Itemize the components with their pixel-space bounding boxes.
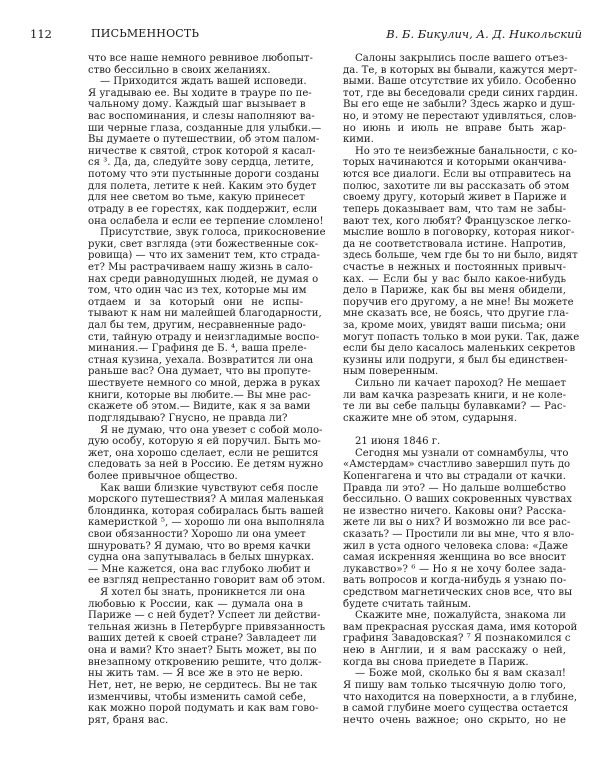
text-line: но июнь и июль не вправе быть жар- [343, 123, 566, 135]
text-line: Я не думаю, что она увезет с собой моло- [88, 425, 303, 437]
text-line: кузины или подруги, я был бы единствен- [343, 355, 566, 367]
text-line: судна она запутывалась в белых шнурках. [88, 552, 303, 564]
text-line: Я угадываю ее. Вы ходите в трауре по пе- [88, 88, 303, 100]
text-line: те ли вы себе пальцы булавками? — Рас- [343, 401, 566, 413]
text-line: — Мне кажется, она вас глубоко любит и [88, 564, 303, 576]
text-line: когда вы снова приедете в Париж. [343, 657, 566, 669]
text-line: ным поверенным. [343, 366, 566, 378]
text-line: руки, свет взгляда (эти божественные сок… [88, 239, 303, 251]
text-line: для нее светом во тьме, какую принесет [88, 192, 303, 204]
text-line: книги, которые вы любите.— Вы мне рас- [88, 390, 303, 402]
text-line: минания.— Графиня де Б. ⁴, ваша преле- [88, 343, 303, 355]
text-line: внезапному откровению решите, что долж- [88, 657, 303, 669]
text-line: теперь доказывает вам, что там не забы- [343, 204, 566, 216]
text-line: нечто очень важное; оно скрыто, но не [343, 715, 566, 727]
text-line: «Амстердам» счастливо завершил путь до [343, 459, 566, 471]
text-line: Скажите мне, пожалуйста, знакома ли [343, 610, 566, 622]
text-line: за, кроме моих, увидят ваши письма; они [343, 320, 566, 332]
text-line: поручив его другому, а не мне! Вы можете [343, 297, 566, 309]
text-line: ся ³. Да, да, следуйте зову сердца, лети… [88, 157, 303, 169]
text-line: средством магнетических снов все, что вы [343, 587, 566, 599]
text-line: отраду в ее горестях, как поддержит, есл… [88, 204, 303, 216]
text-line: изменчивы, чтобы изменить самой себе, [88, 692, 303, 704]
text-line: но, и этому не перестают удивляться, сло… [343, 111, 566, 123]
text-line: если бы дело касалось маленьких секретов [343, 343, 566, 355]
text-line: шнуровать? Я думаю, что во время качки [88, 541, 303, 553]
text-line: ничестве к святой, строк которой я касал… [88, 146, 303, 158]
text-line: в самой глубине моего существа остается [343, 703, 566, 715]
text-line: лукавство»? ⁶ — Но я не хочу более зада- [343, 564, 566, 576]
text-line: чальному дому. Каждый шаг вызывает в [88, 99, 303, 111]
text-line: блондинка, которая собиралась быть вашей [88, 506, 303, 518]
text-line: жил в уста одного человека слова: «Даже [343, 541, 566, 553]
text-line: вам прекрасная русская дама, имя которой [343, 622, 566, 634]
text-line: любовью к России, как — думала она в [88, 599, 303, 611]
text-line: следовать за ней в Россию. Ее детям нужн… [88, 459, 303, 471]
text-line: вают тех, кого любят? Французское легко- [343, 216, 566, 228]
text-line: тельная жизнь в Петербурге привязанность [88, 622, 303, 634]
text-line: Правда ли это? — Но дальше волшебство [343, 483, 566, 495]
text-line: Салоны закрылись после вашего отъез- [343, 53, 566, 65]
text-line: выми. Ваше отсутствие их убило. Особенно [343, 76, 566, 88]
left-column: что все наше немного ревнивое любопыт-ст… [88, 53, 303, 726]
text-line: Нет, нет, не верю, не сердитесь. Вы не т… [88, 680, 303, 692]
text-line: нах среди равнодушных людей, не думая о [88, 274, 303, 286]
text-line: отдаем и за который они не испы- [88, 297, 303, 309]
text-line: Вы его еще не забыли? Здесь жарко и душ- [343, 99, 566, 111]
text-line: — Боже мой, сколько бы я вам сказал! [343, 668, 566, 680]
text-line: камеристкой ⁵, — хорошо ли она выполняла [88, 517, 303, 529]
text-line: для полета, летите к ней. Каким это буде… [88, 181, 303, 193]
text-line: она ослабела и если ее терпение сломлено… [88, 216, 303, 228]
text-line: ее взгляд непрестанно говорит вам об это… [88, 575, 303, 587]
text-line: ство бессильно в своих желаниях. [88, 65, 303, 77]
text-line: тывают к нам ни малейшей благодарности, [88, 308, 303, 320]
text-line: более привычное общество. [88, 471, 303, 483]
text-line: том, что один час из тех, которые мы им [88, 285, 303, 297]
text-line: сказать? — Простили ли вы мне, что я вло… [343, 529, 566, 541]
text-line: как можно порой подумать и как вам гово- [88, 703, 303, 715]
text-line: раньше вас? Она думает, что вы пропуте- [88, 366, 303, 378]
text-line: бессильно. О ваших сокровенных чувствах [343, 494, 566, 506]
text-line: Но это те неизбежные банальности, с ко- [343, 146, 566, 158]
text-line: дал бы тем, другим, несравненные радо- [88, 320, 303, 332]
text-line: Вы думаете о путешествии, об этом палом- [88, 134, 303, 146]
text-line: жете ли вы о них? И возможно ли все рас- [343, 517, 566, 529]
right-column-part-2: Сегодня мы узнали от сомнамбулы, что«Амс… [343, 448, 566, 727]
text-line: да не соответствовала истине. Напротив, [343, 239, 566, 251]
right-column-part-1: Салоны закрылись после вашего отъез-да. … [343, 53, 566, 425]
text-line: самая искренняя женщина во все вносит [343, 552, 566, 564]
right-column: Салоны закрылись после вашего отъез-да. … [343, 53, 566, 726]
text-line: будете считать тайным. [343, 599, 566, 611]
text-line: морского путешествия? А милая маленькая [88, 494, 303, 506]
text-line: подглядываю? Гнусно, не правда ли? [88, 413, 303, 425]
text-line: да. Те, в которых вы бывали, кажутся мер… [343, 65, 566, 77]
text-line: здесь больше, чем где бы то ни было, вид… [343, 250, 566, 262]
text-line: могут попасть только в мои руки. Так, да… [343, 332, 566, 344]
text-line: стная кузина, уехала. Возвратится ли она [88, 355, 303, 367]
text-line: Присутствие, звук голоса, прикосновение [88, 227, 303, 239]
text-line: ках. — Если бы у вас было какое-нибудь [343, 274, 566, 286]
text-line: ли вам качка разрезать книги, и не коле- [343, 390, 566, 402]
text-line: Копенгагена и что вы страдали от качки. [343, 471, 566, 483]
text-line: счастье в нежных и постоянных привыч- [343, 262, 566, 274]
text-line: полюс, захотите ли вы рассказать об этом [343, 181, 566, 193]
running-title: ПИСЬМЕННОСТЬ [91, 27, 199, 40]
text-line: дело в Париже, как бы вы меня обидели, [343, 285, 566, 297]
text-line: ши черные глаза, созданные для улыбки.— [88, 123, 303, 135]
text-line: вас воспоминания, и слезы наполняют ва- [88, 111, 303, 123]
text-line: рят, браня вас. [88, 715, 303, 727]
text-line: что все наше немного ревнивое любопыт- [88, 53, 303, 65]
text-line: Сегодня мы узнали от сомнамбулы, что [343, 448, 566, 460]
text-line: скажете об этом.— Видите, как я за вами [88, 401, 303, 413]
page-header: 112 ПИСЬМЕННОСТЬ В. Б. Бикулич, А. Д. Ни… [0, 27, 600, 43]
text-line: ваших детей к своей стране? Завладеет ли [88, 633, 303, 645]
authors: В. Б. Бикулич, А. Д. Никольский [386, 27, 582, 41]
text-line: вать вопросов и когда-нибудь я узнаю по- [343, 575, 566, 587]
text-line: Я хотел бы знать, проникнется ли она [88, 587, 303, 599]
text-line: шествуете немного со мной, держа в руках [88, 378, 303, 390]
text-line: мне сказать все, не боясь, что другие гл… [343, 308, 566, 320]
text-line: жет, она хорошо сделает, если не решится [88, 448, 303, 460]
text-line: не известно ничего. Каковы они? Расска- [343, 506, 566, 518]
text-line: Сильно ли качает пароход? Не мешает [343, 378, 566, 390]
text-line: Париже — с ней будет? Успеет ли действи- [88, 610, 303, 622]
letter-date: 21 июня 1846 г. [343, 436, 566, 448]
text-line: своему другу, который живет в Париже и [343, 192, 566, 204]
text-line: торых начинаются и которыми оканчива- [343, 157, 566, 169]
text-line: дую особу, которую я ей поручил. Быть мо… [88, 436, 303, 448]
text-line: кими. [343, 134, 566, 146]
text-line: нею в Англии, и я вам расскажу о ней, [343, 645, 566, 657]
text-line: сти, тайную отраду и неизгладимые воспо- [88, 332, 303, 344]
text-line: графиня Завадовская? ⁷ Я познакомился с [343, 633, 566, 645]
text-line: потому что эти пустынные дороги созданы [88, 169, 303, 181]
text-line: что находится на поверхности, а в глубин… [343, 692, 566, 704]
text-line: она и вами? Кто знает? Быть может, вы по [88, 645, 303, 657]
page-number: 112 [30, 27, 52, 41]
text-line: ет? Мы растрачиваем нашу жизнь в сало- [88, 262, 303, 274]
text-line: тот, где вы беседовали среди синих гарди… [343, 88, 566, 100]
text-line: свои обязанности? Хорошо ли она умеет [88, 529, 303, 541]
text-line: Я пишу вам только тысячную долю того, [343, 680, 566, 692]
text-line: ются все диалоги. Если вы отправитесь на [343, 169, 566, 181]
text-line: скажите мне об этом, сударыня. [343, 413, 566, 425]
spacer [343, 425, 566, 437]
text-line: ны жить там. — Я все же в это не верю. [88, 668, 303, 680]
text-line: Как ваши близкие чувствуют себя после [88, 483, 303, 495]
text-line: ровища) — что их заменит тем, кто страда… [88, 250, 303, 262]
text-line: мыслие вошло в поговорку, которая никог- [343, 227, 566, 239]
text-line: — Приходится ждать вашей исповеди. [88, 76, 303, 88]
